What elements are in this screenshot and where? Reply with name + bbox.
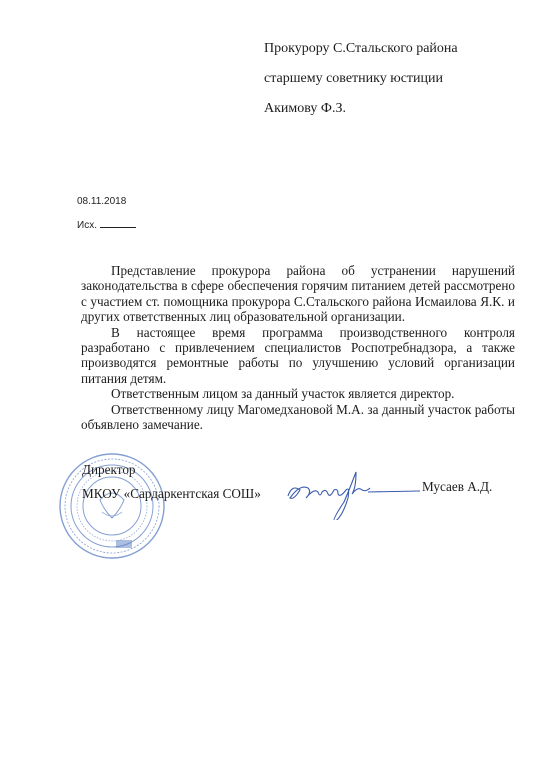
paragraph-3: Ответственным лицом за данный участок яв…	[81, 386, 515, 401]
paragraph-2: В настоящее время программа производстве…	[81, 325, 515, 387]
document-date: 08.11.2018	[77, 196, 136, 220]
outgoing-ref-blank	[100, 227, 136, 228]
signer-organization: МКОУ «Сардаркентская СОШ»	[82, 486, 261, 502]
paragraph-4: Ответственному лицу Магомедхановой М.А. …	[81, 402, 515, 433]
outgoing-ref: Исх.	[77, 220, 136, 231]
document-meta: 08.11.2018 Исх.	[77, 196, 136, 231]
signature-block: Директор МКОУ «Сардаркентская СОШ»	[82, 462, 261, 502]
addressee-line-3: Акимову Ф.З.	[264, 100, 458, 130]
paragraph-1: Представление прокурора района об устран…	[81, 263, 515, 325]
outgoing-ref-label: Исх.	[77, 220, 97, 231]
letter-body: Представление прокурора района об устран…	[81, 263, 515, 432]
addressee-line-1: Прокурору С.Стальского района	[264, 40, 458, 70]
addressee-line-2: старшему советнику юстиции	[264, 70, 458, 100]
signer-role: Директор	[82, 462, 261, 486]
addressee-block: Прокурору С.Стальского района старшему с…	[264, 40, 458, 130]
handwritten-signature-icon	[282, 470, 422, 520]
signer-name: Мусаев А.Д.	[422, 479, 492, 495]
